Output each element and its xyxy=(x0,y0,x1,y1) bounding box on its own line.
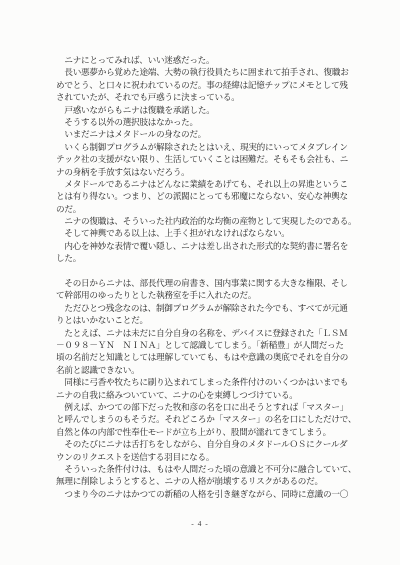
text-line: ニナにとってみれば、いい迷惑だった。 xyxy=(56,54,350,66)
text-line: そのたびにニナは舌打ちをしながら、自分自身のメタドールＯＳにクールダ xyxy=(56,438,350,450)
text-line: その日からニナは、部長代理の肩書き、国内事業に関する大きな権限、そし xyxy=(56,277,350,289)
text-line: りとはいかないことだ。 xyxy=(56,314,350,326)
text-line: 自然と体の内部で性奉仕モードが立ち上がり、股間が濡れてきてしまう。 xyxy=(56,426,350,438)
text-line: そして神輿である以上は、上手く担がれなければならない。 xyxy=(56,227,350,239)
text-line: ニナの復職は、そういった社内政治的な均衡の産物として実現したのである。 xyxy=(56,215,350,227)
text-line: 同様に弓香や牧たちに刷り込まれてしまった条件付けのいくつかはいまでも xyxy=(56,376,350,388)
page-number: - 4 - xyxy=(0,519,400,528)
text-line: 例えば、かつての部下だった牧和彦の名を口に出そうとすれば「マスター」 xyxy=(56,401,350,413)
book-page: ニナにとってみれば、いい迷惑だった。 長い悪夢から覚めた途端、大勢の執行役員たち… xyxy=(0,0,400,565)
text-line: メタドールであるニナはどんなに業績をあげても、それ以上の昇進というこ xyxy=(56,178,350,190)
text-line: ただひとつ残念なのは、制御プログラムが解除された今でも、すべてが元通 xyxy=(56,302,350,314)
text-line: 頃の名前だと知識としては理解していても、もはや意識の奥底でそれを自分の xyxy=(56,351,350,363)
text-line-blank xyxy=(56,265,350,277)
text-line: とは有り得ない。つまり、どの派閥にとっても邪魔にならない、安心な神輿な xyxy=(56,190,350,202)
text-line: ニナの自我に絡みついていて、ニナの心を束縛しつづけている。 xyxy=(56,389,350,401)
text-line: テック社の支援がない限り、生活していくことは困難だ。そもそも会社も、ニ xyxy=(56,153,350,165)
text-line: そうする以外の選択肢はなかった。 xyxy=(56,116,350,128)
text-line: と呼んでしまうのもそうだ。それどころか「マスター」の名を口にしただけで、 xyxy=(56,413,350,425)
text-line: 長い悪夢から覚めた途端、大勢の執行役員たちに囲まれて拍手され、復職お xyxy=(56,66,350,78)
text-line: つまり今のニナはかつての新稲の人格を引き継ぎながら、同時に意識の一〇 xyxy=(56,488,350,500)
text-line: のだ。 xyxy=(56,203,350,215)
text-line: 内心を神妙な表情で覆い隠し、ニナは差し出された形式的な契約書に署名を xyxy=(56,240,350,252)
text-line: めでとう、と口々に祝われているのだ。事の経緯は記憶チップにメモとして残 xyxy=(56,79,350,91)
text-line: 戸惑いながらもニナは復職を承諾した。 xyxy=(56,104,350,116)
text-line: 名前と認識できない。 xyxy=(56,364,350,376)
text-line: した。 xyxy=(56,252,350,264)
text-line: されていたが、それでも戸惑うに決まっている。 xyxy=(56,91,350,103)
text-line: ウンのリクエストを送信する羽目になる。 xyxy=(56,451,350,463)
text-line: いくら制御プログラムが解除されたとはいえ、現実的にいってメタブレイン xyxy=(56,141,350,153)
text-line: そういった条件付けは、もはや人間だった頃の意識と不可分に融合していて、 xyxy=(56,463,350,475)
text-line: ナの身柄を手放す気はないだろう。 xyxy=(56,166,350,178)
text-line: たとえば、ニナは未だに自分自身の名称を、デバイスに登録された「ＬＳＭ xyxy=(56,327,350,339)
body-text: ニナにとってみれば、いい迷惑だった。 長い悪夢から覚めた途端、大勢の執行役員たち… xyxy=(56,54,350,500)
text-line: て幹部用のゆったりとした執務室を手に入れたのだ。 xyxy=(56,289,350,301)
text-line: 無理に削除しようとすると、ニナの人格が崩壊するリスクがあるのだ。 xyxy=(56,475,350,487)
text-line: －０９８－ＹＮ ＮＩＮＡ」として認識してしまう。「新稲豊」が人間だった xyxy=(56,339,350,351)
text-line: いまだニナはメタドールの身なのだ。 xyxy=(56,128,350,140)
